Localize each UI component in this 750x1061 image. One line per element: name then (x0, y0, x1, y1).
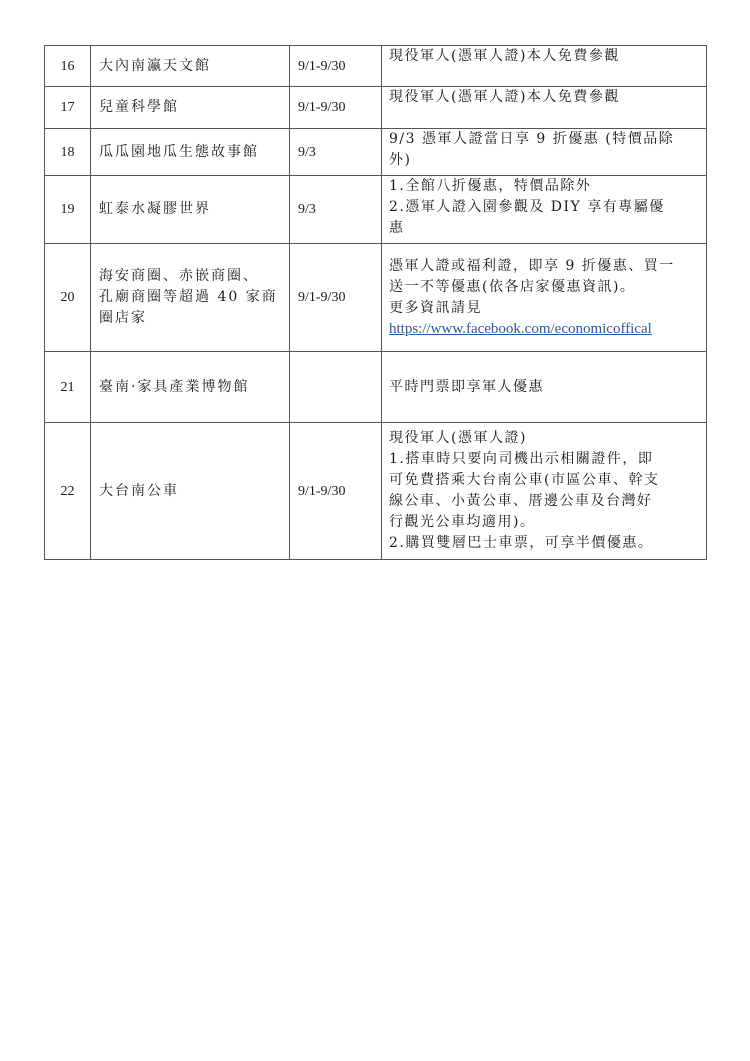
description-line: 現役軍人(憑軍人證)本人免費參觀 (389, 46, 700, 67)
table-row: 21臺南·家具產業博物館平時門票即享軍人優惠 (45, 352, 707, 423)
table-row: 18瓜瓜園地瓜生態故事館9/39/3 憑軍人證當日享 9 折優惠 (特價品除外) (45, 129, 707, 176)
description-line: 線公車、小黃公車、厝邊公車及台灣好 (389, 491, 700, 512)
offers-table: 16大內南瀛天文館9/1-9/30現役軍人(憑軍人證)本人免費參觀17兒童科學館… (44, 45, 707, 560)
table-row: 22大台南公車9/1-9/30現役軍人(憑軍人證)1.搭車時只要向司機出示相關證… (45, 423, 707, 560)
venue-name-line: 圈店家 (99, 308, 285, 329)
description-line: 9/3 憑軍人證當日享 9 折優惠 (特價品除 (389, 129, 700, 150)
venue-name: 臺南·家具產業博物館 (91, 352, 290, 423)
table-body: 16大內南瀛天文館9/1-9/30現役軍人(憑軍人證)本人免費參觀17兒童科學館… (45, 46, 707, 560)
offer-date: 9/1-9/30 (290, 87, 382, 129)
venue-name-line: 兒童科學館 (99, 97, 285, 118)
offer-date: 9/1-9/30 (290, 423, 382, 560)
offer-description: 平時門票即享軍人優惠 (382, 352, 707, 423)
row-number: 21 (45, 352, 91, 423)
description-line: 憑軍人證或福利證，即享 9 折優惠、買一 (389, 256, 700, 277)
row-number: 22 (45, 423, 91, 560)
venue-name: 大內南瀛天文館 (91, 46, 290, 87)
offer-date: 9/1-9/30 (290, 46, 382, 87)
offer-date: 9/3 (290, 176, 382, 244)
venue-name-line: 海安商圈、赤嵌商圈、 (99, 266, 285, 287)
offer-description: 憑軍人證或福利證，即享 9 折優惠、買一送一不等優惠(依各店家優惠資訊)。更多資… (382, 244, 707, 352)
offer-date (290, 352, 382, 423)
venue-name-line: 大台南公車 (99, 481, 285, 502)
table-row: 20海安商圈、赤嵌商圈、孔廟商圈等超過 40 家商圈店家9/1-9/30憑軍人證… (45, 244, 707, 352)
description-line: 現役軍人(憑軍人證)本人免費參觀 (389, 87, 700, 108)
row-number: 16 (45, 46, 91, 87)
facebook-link[interactable]: https://www.facebook.com/economicoffical (389, 319, 700, 340)
offer-description: 現役軍人(憑軍人證)1.搭車時只要向司機出示相關證件，即可免費搭乘大台南公車(市… (382, 423, 707, 560)
row-number: 17 (45, 87, 91, 129)
venue-name: 海安商圈、赤嵌商圈、孔廟商圈等超過 40 家商圈店家 (91, 244, 290, 352)
offer-description: 現役軍人(憑軍人證)本人免費參觀 (382, 46, 707, 87)
venue-name-line: 孔廟商圈等超過 40 家商 (99, 287, 285, 308)
venue-name: 虹泰水凝膠世界 (91, 176, 290, 244)
table-row: 19虹泰水凝膠世界9/31.全館八折優惠，特價品除外2.憑軍人證入園參觀及 DI… (45, 176, 707, 244)
venue-name-line: 臺南·家具產業博物館 (99, 377, 285, 398)
offer-description: 9/3 憑軍人證當日享 9 折優惠 (特價品除外) (382, 129, 707, 176)
venue-name: 瓜瓜園地瓜生態故事館 (91, 129, 290, 176)
description-line: 惠 (389, 218, 700, 239)
description-line: 1.搭車時只要向司機出示相關證件，即 (389, 449, 700, 470)
description-line: 平時門票即享軍人優惠 (389, 377, 700, 398)
description-line: 2.購買雙層巴士車票，可享半價優惠。 (389, 533, 700, 554)
table-row: 16大內南瀛天文館9/1-9/30現役軍人(憑軍人證)本人免費參觀 (45, 46, 707, 87)
description-line: 現役軍人(憑軍人證) (389, 428, 700, 449)
description-line: 1.全館八折優惠，特價品除外 (389, 176, 700, 197)
description-line: 2.憑軍人證入園參觀及 DIY 享有專屬優 (389, 197, 700, 218)
description-line: 外) (389, 150, 700, 171)
venue-name-line: 大內南瀛天文館 (99, 56, 285, 77)
venue-name-line: 瓜瓜園地瓜生態故事館 (99, 142, 285, 163)
venue-name-line: 虹泰水凝膠世界 (99, 199, 285, 220)
row-number: 19 (45, 176, 91, 244)
description-line: 送一不等優惠(依各店家優惠資訊)。 (389, 277, 700, 298)
description-line: 行觀光公車均適用)。 (389, 512, 700, 533)
row-number: 20 (45, 244, 91, 352)
offer-description: 現役軍人(憑軍人證)本人免費參觀 (382, 87, 707, 129)
offer-date: 9/3 (290, 129, 382, 176)
description-line: 可免費搭乘大台南公車(市區公車、幹支 (389, 470, 700, 491)
row-number: 18 (45, 129, 91, 176)
table-row: 17兒童科學館9/1-9/30現役軍人(憑軍人證)本人免費參觀 (45, 87, 707, 129)
description-line: 更多資訊請見 (389, 298, 700, 319)
offer-date: 9/1-9/30 (290, 244, 382, 352)
offer-description: 1.全館八折優惠，特價品除外2.憑軍人證入園參觀及 DIY 享有專屬優惠 (382, 176, 707, 244)
venue-name: 大台南公車 (91, 423, 290, 560)
venue-name: 兒童科學館 (91, 87, 290, 129)
